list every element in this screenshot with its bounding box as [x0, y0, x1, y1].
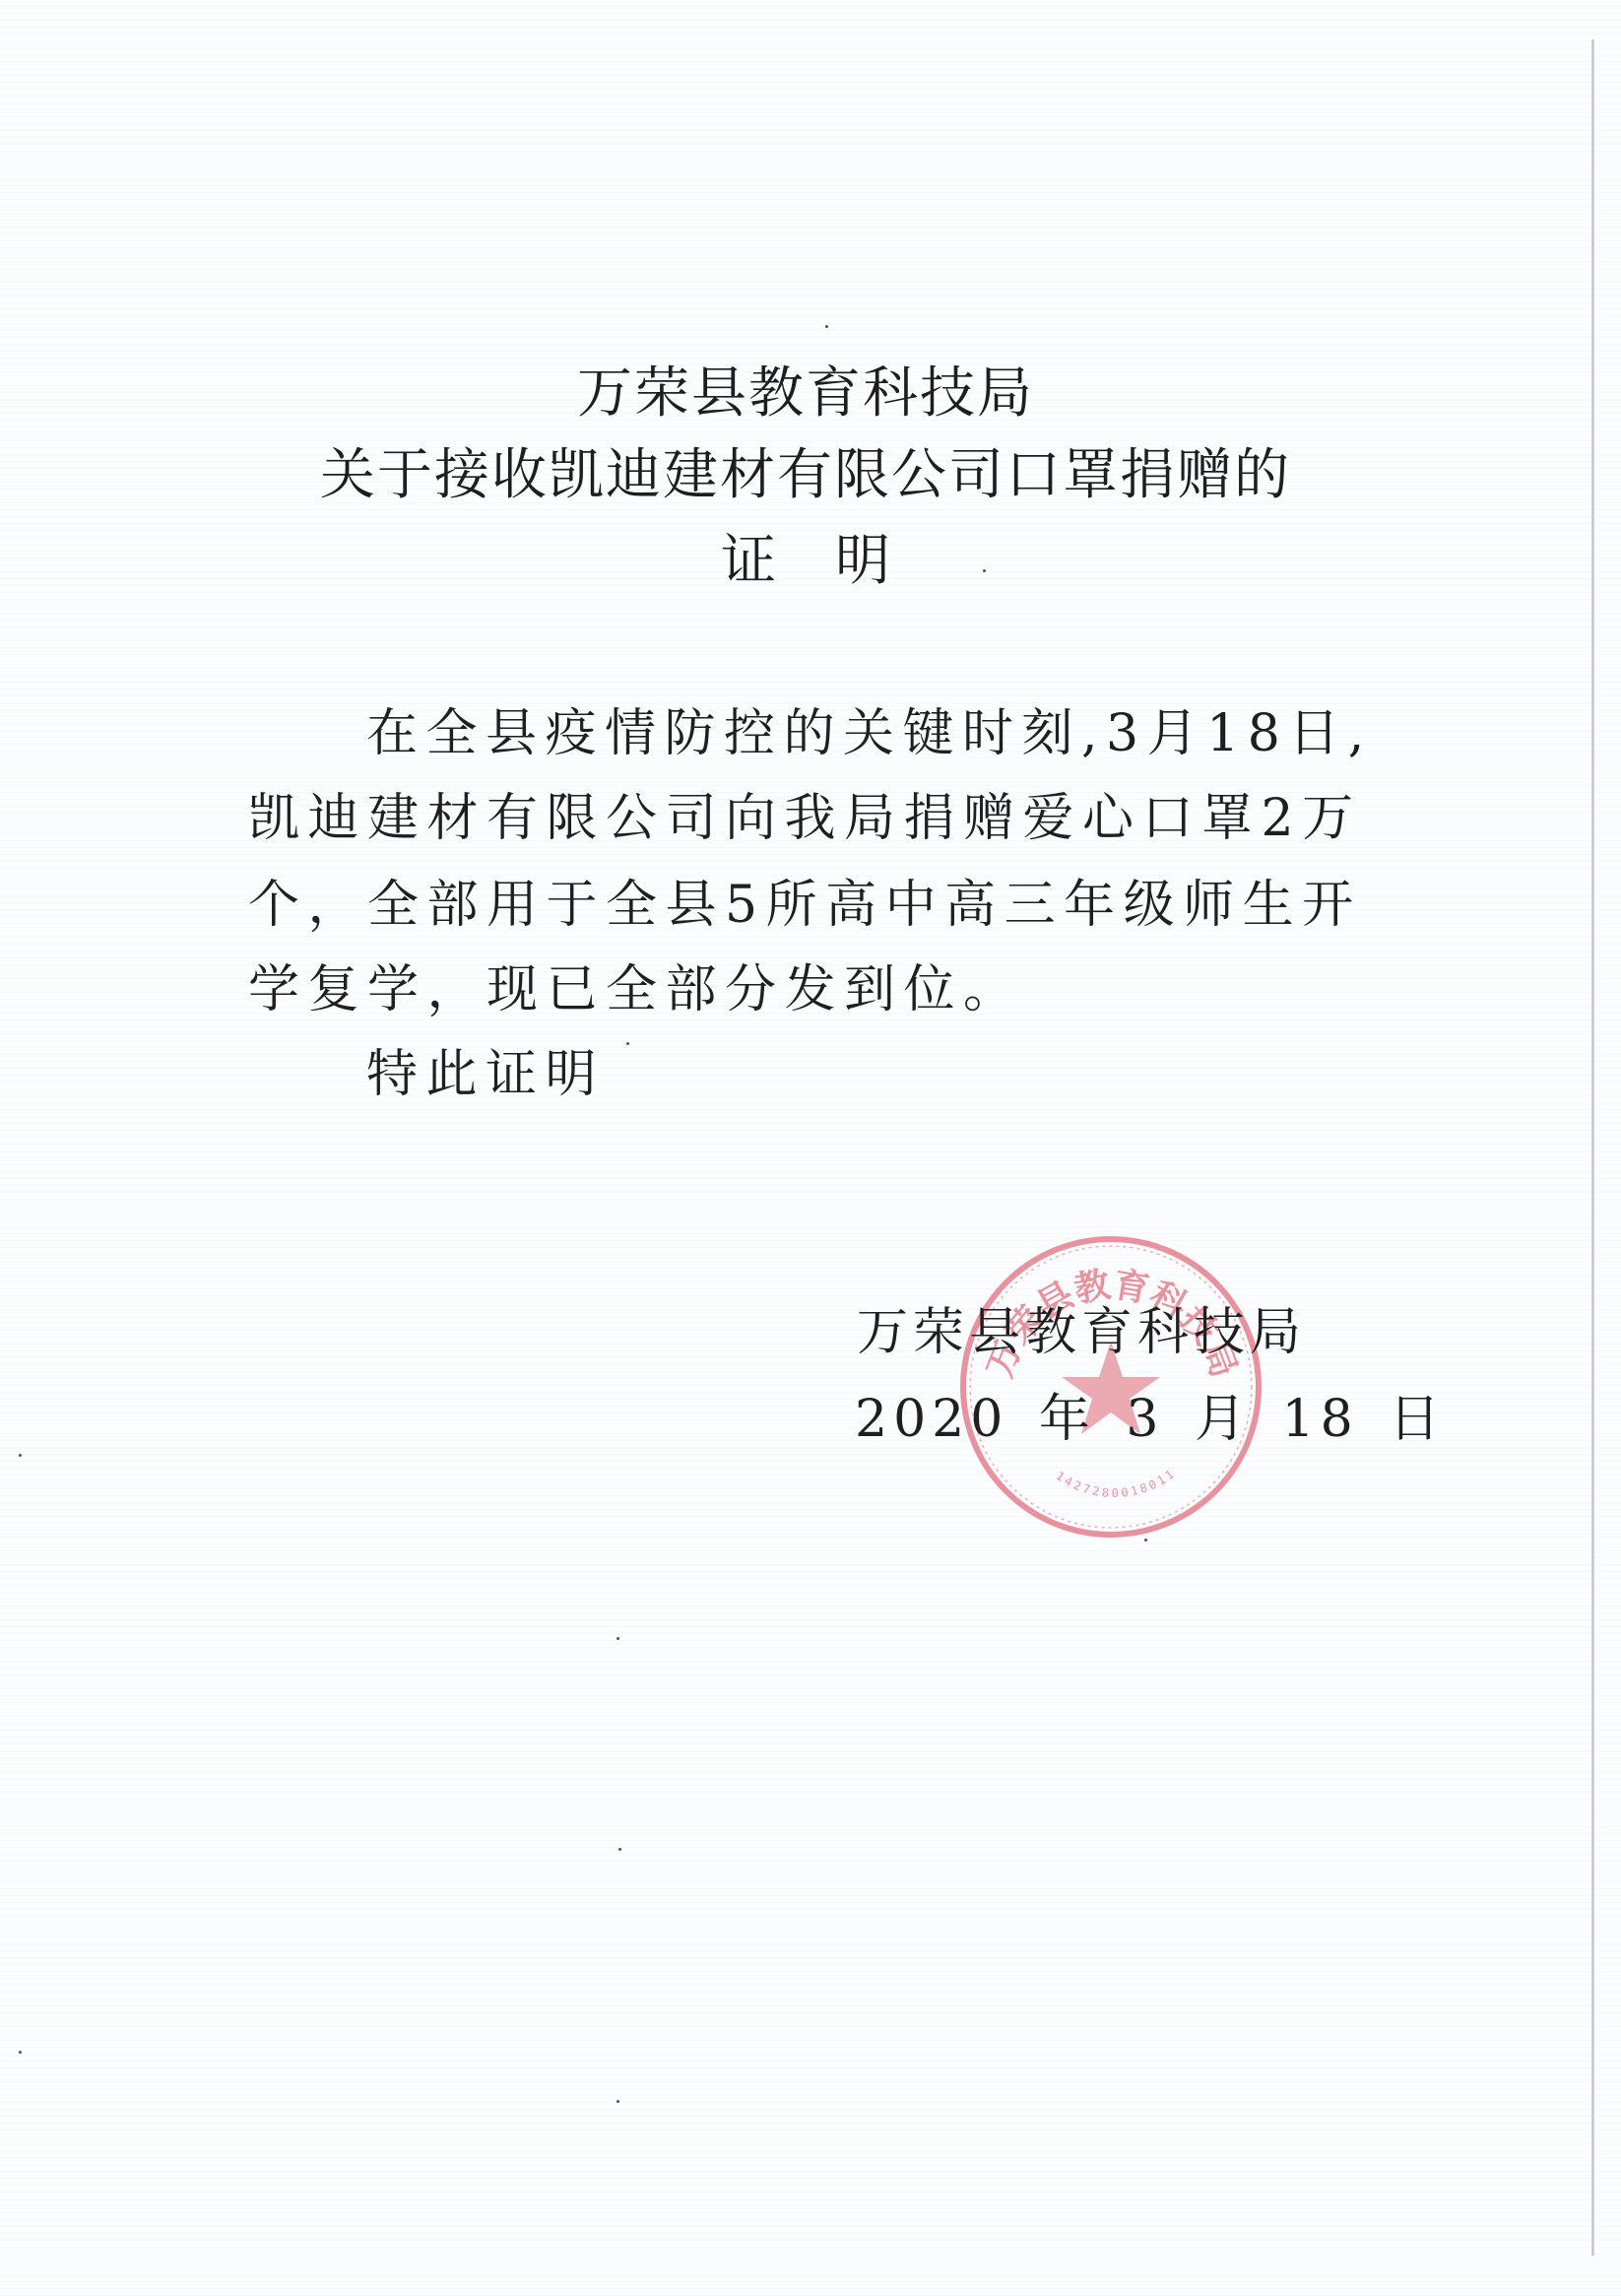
scan-speck	[983, 569, 986, 572]
scanned-document-page: 万荣县教育科技局 关于接收凯迪建材有限公司口罩捐赠的 证明 在全县疫情防控的关键…	[0, 0, 1621, 2296]
title-line-3: 证明	[0, 517, 1616, 596]
signature-date: 2020 年 3 月 18 日	[855, 1377, 1446, 1451]
scan-speck	[19, 2051, 22, 2054]
closing-statement: 特此证明	[366, 1032, 605, 1106]
svg-text:1427280018011: 1427280018011	[1054, 1466, 1179, 1500]
scan-speck	[825, 325, 828, 328]
signature-organization: 万荣县教育科技局	[857, 1290, 1306, 1364]
scan-speck	[626, 1042, 629, 1045]
body-paragraph-line-4: 学复学，现已全部分发到位。	[248, 948, 1023, 1021]
title-line-1: 万荣县教育科技局	[0, 350, 1616, 428]
scan-speck	[19, 1454, 22, 1457]
body-paragraph-line-3: 个，全部用于全县5所高中高三年级师生开	[248, 863, 1362, 937]
body-paragraph-line-1: 在全县疫情防控的关键时刻,3月18日,	[366, 691, 1373, 765]
scan-speck	[616, 1637, 619, 1640]
body-paragraph-line-2: 凯迪建材有限公司向我局捐赠爱心口罩2万	[248, 776, 1362, 850]
scan-speck	[618, 1848, 621, 1851]
title-line-2: 关于接收凯迪建材有限公司口罩捐赠的	[0, 431, 1616, 510]
scan-speck	[616, 2100, 619, 2103]
